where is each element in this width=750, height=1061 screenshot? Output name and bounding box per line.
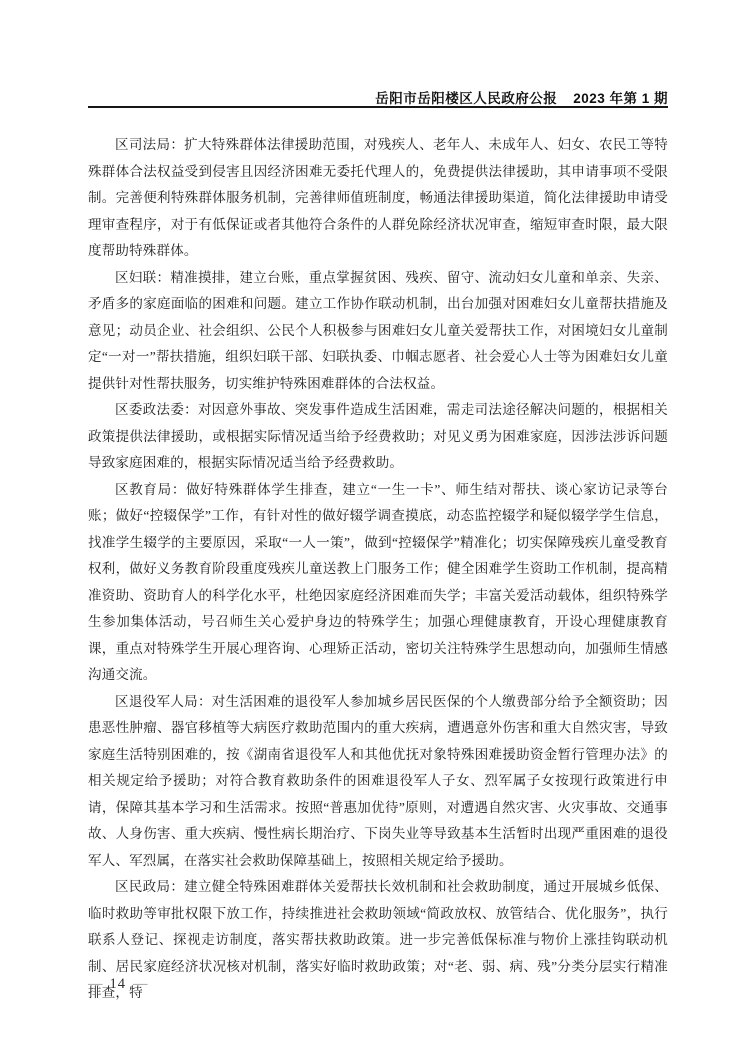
- paragraph-justice-bureau: 区司法局：扩大特殊群体法律援助范围，对残疾人、老年人、未成年人、妇女、农民工等特…: [88, 132, 668, 265]
- page-number: 14: [110, 976, 127, 992]
- header-rule: [88, 106, 668, 108]
- page-number-dash-left: —: [88, 976, 103, 992]
- paragraph-civil-affairs-bureau: 区民政局：建立健全特殊困难群体关爱帮扶长效机制和社会救助制度，通过开展城乡低保、…: [88, 874, 668, 1007]
- page-footer: —14—: [88, 976, 148, 993]
- gazette-page: 岳阳市岳阳楼区人民政府公报2023 年第 1 期 区司法局：扩大特殊群体法律援助…: [0, 0, 750, 1061]
- paragraph-veterans-bureau: 区退役军人局：对生活困难的退役军人参加城乡居民医保的个人缴费部分给予全额资助；因…: [88, 689, 668, 875]
- paragraph-womens-federation: 区妇联：精准摸排，建立台账，重点掌握贫困、残疾、留守、流动妇女儿童和单亲、失亲、…: [88, 265, 668, 398]
- issue-label: 2023 年第 1 期: [573, 91, 668, 106]
- page-number-dash-right: —: [133, 976, 148, 992]
- page-header: 岳阳市岳阳楼区人民政府公报2023 年第 1 期: [88, 87, 668, 107]
- paragraph-politics-law-committee: 区委政法委：对因意外事故、突发事件造成生活困难，需走司法途径解决问题的，根据相关…: [88, 397, 668, 477]
- document-body: 区司法局：扩大特殊群体法律援助范围，对残疾人、老年人、未成年人、妇女、农民工等特…: [88, 132, 668, 1007]
- publication-title: 岳阳市岳阳楼区人民政府公报: [375, 91, 557, 106]
- paragraph-education-bureau: 区教育局：做好特殊群体学生排查，建立“一生一卡”、师生结对帮扶、谈心家访记录等台…: [88, 477, 668, 689]
